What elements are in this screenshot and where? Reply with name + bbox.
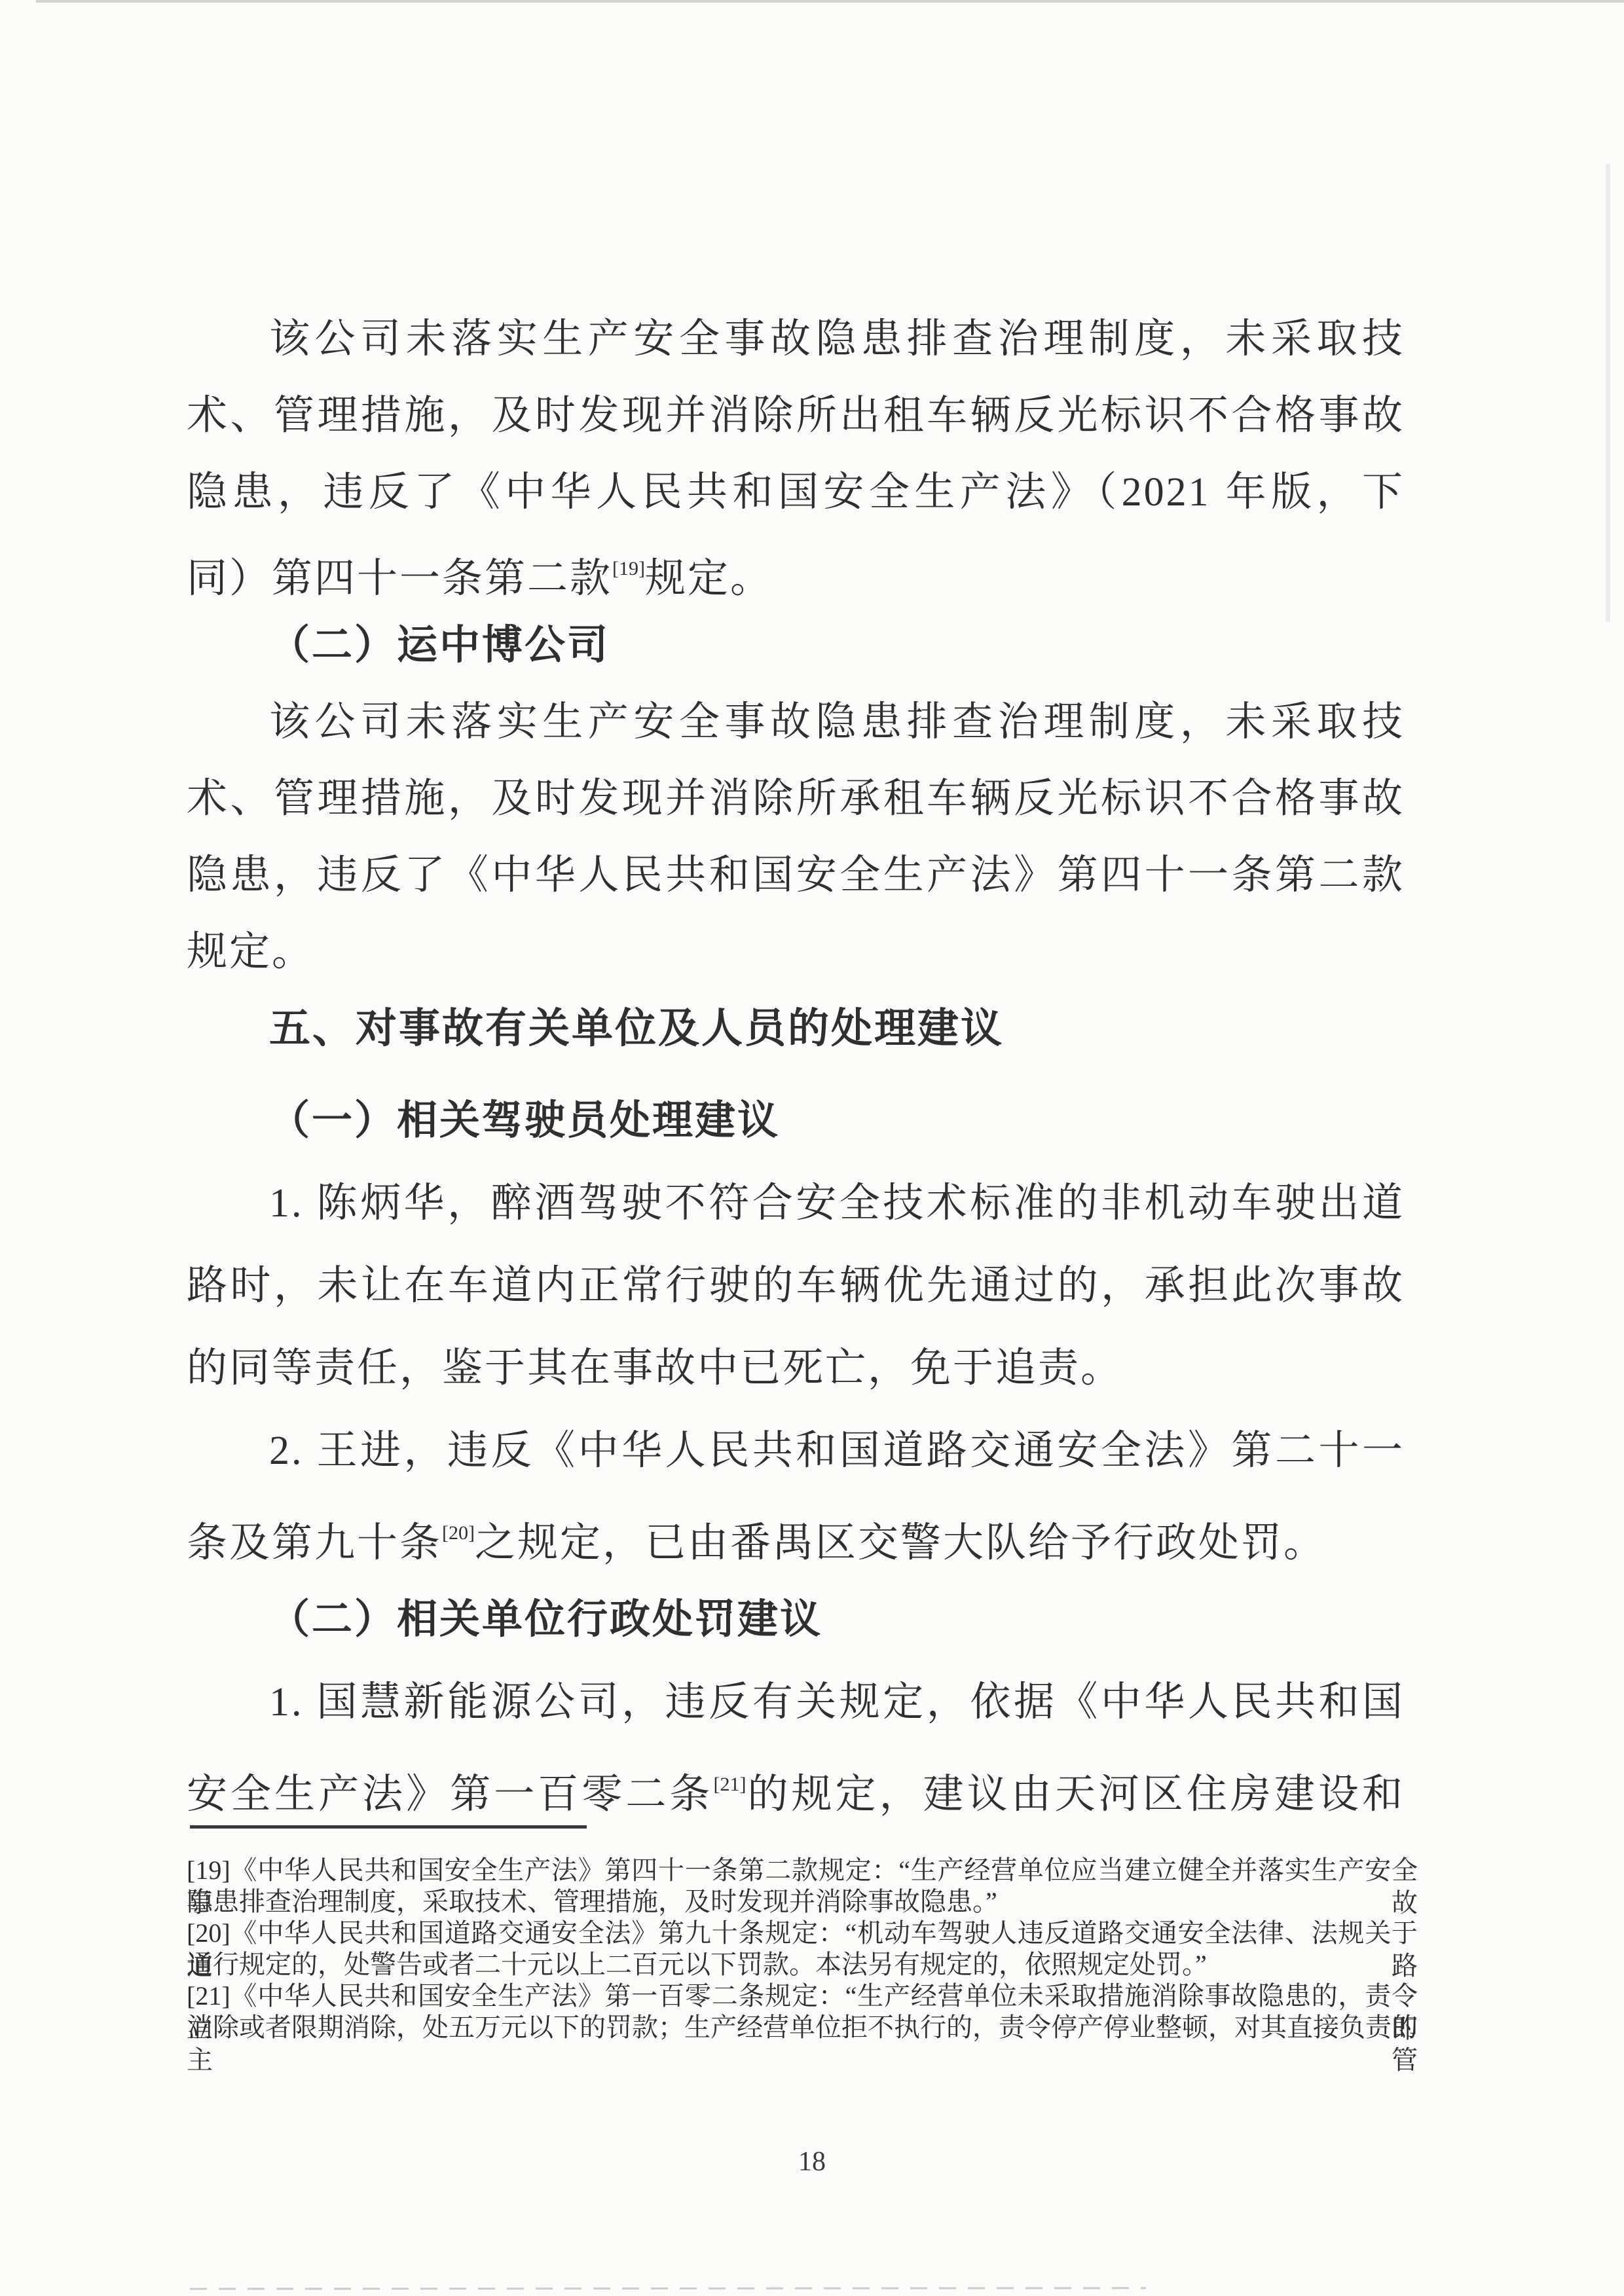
footnote-ref-20: [20]: [442, 1522, 475, 1544]
body-line: 隐患，违反了《中华人民共和国安全生产法》（2021 年版，下: [187, 466, 1405, 519]
footnote-separator: [190, 1825, 587, 1829]
body-line: 的同等责任，鉴于其在事故中已死亡，免于追责。: [187, 1342, 1405, 1394]
scan-artifact-bottom-edge: [190, 2287, 1146, 2289]
body-line-text: 规定。: [645, 556, 773, 601]
body-line: 1. 陈炳华，醉酒驾驶不符合安全技术标准的非机动车驶出道: [187, 1177, 1405, 1230]
body-line-text: 的规定，建议由天河区住房建设和: [746, 1772, 1405, 1817]
footnote-line: 消除或者限期消除，处五万元以下的罚款；生产经营单位拒不执行的，责令停产停业整顿，…: [187, 2011, 1418, 2077]
footnote-ref-21: [21]: [713, 1774, 746, 1795]
body-line: 安全生产法》第一百零二条[21]的规定，建议由天河区住房建设和: [187, 1758, 1405, 1821]
body-line-text: 条及第九十条: [187, 1521, 442, 1565]
body-line: 1. 国慧新能源公司，违反有关规定，依据《中华人民共和国: [187, 1676, 1405, 1728]
scan-artifact-right-streak: [1606, 164, 1610, 622]
body-line: 术、管理措施，及时发现并消除所出租车辆反光标识不合格事故: [187, 390, 1405, 442]
body-line: 该公司未落实生产安全事故隐患排查治理制度，未采取技: [187, 313, 1405, 365]
body-line-text: 安全生产法》第一百零二条: [187, 1772, 713, 1817]
body-line: 2. 王进，违反《中华人民共和国道路交通安全法》第二十一: [187, 1425, 1405, 1477]
footnote-line: 隐患排查治理制度，采取技术、管理措施，及时发现并消除事故隐患。”: [187, 1886, 1418, 1918]
body-line-text: 之规定，已由番禺区交警大队给予行政处罚。: [475, 1521, 1326, 1565]
page-number: 18: [0, 2146, 1624, 2178]
subsection-heading-drivers: （一）相关驾驶员处理建议: [187, 1095, 1405, 1147]
body-line: 路时，未让在车道内正常行驶的车辆优先通过的，承担此次事故: [187, 1260, 1405, 1312]
body-line: 隐患，违反了《中华人民共和国安全生产法》第四十一条第二款: [187, 849, 1405, 902]
body-line: 规定。: [187, 926, 1405, 978]
body-line-text: 同）第四十一条第二款: [187, 556, 612, 601]
scanned-document-page: 该公司未落实生产安全事故隐患排查治理制度，未采取技 术、管理措施，及时发现并消除…: [0, 0, 1624, 2296]
body-line: 条及第九十条[20]之规定，已由番禺区交警大队给予行政处罚。: [187, 1507, 1405, 1569]
subsection-heading-yunzhongbo: （二）运中博公司: [187, 619, 1405, 672]
scan-artifact-top-edge: [36, 0, 1624, 3]
footnote-line: 通行规定的，处警告或者二十元以上二百元以下罚款。本法另有规定的，依照规定处罚。”: [187, 1948, 1418, 1981]
body-line: 同）第四十一条第二款[19]规定。: [187, 543, 1405, 605]
body-line: 该公司未落实生产安全事故隐患排查治理制度，未采取技: [187, 696, 1405, 748]
footnote-ref-19: [19]: [612, 558, 645, 579]
body-line: 术、管理措施，及时发现并消除所承租车辆反光标识不合格事故: [187, 773, 1405, 825]
section-heading-5: 五、对事故有关单位及人员的处理建议: [187, 1002, 1405, 1055]
subsection-heading-units: （二）相关单位行政处罚建议: [187, 1594, 1405, 1646]
